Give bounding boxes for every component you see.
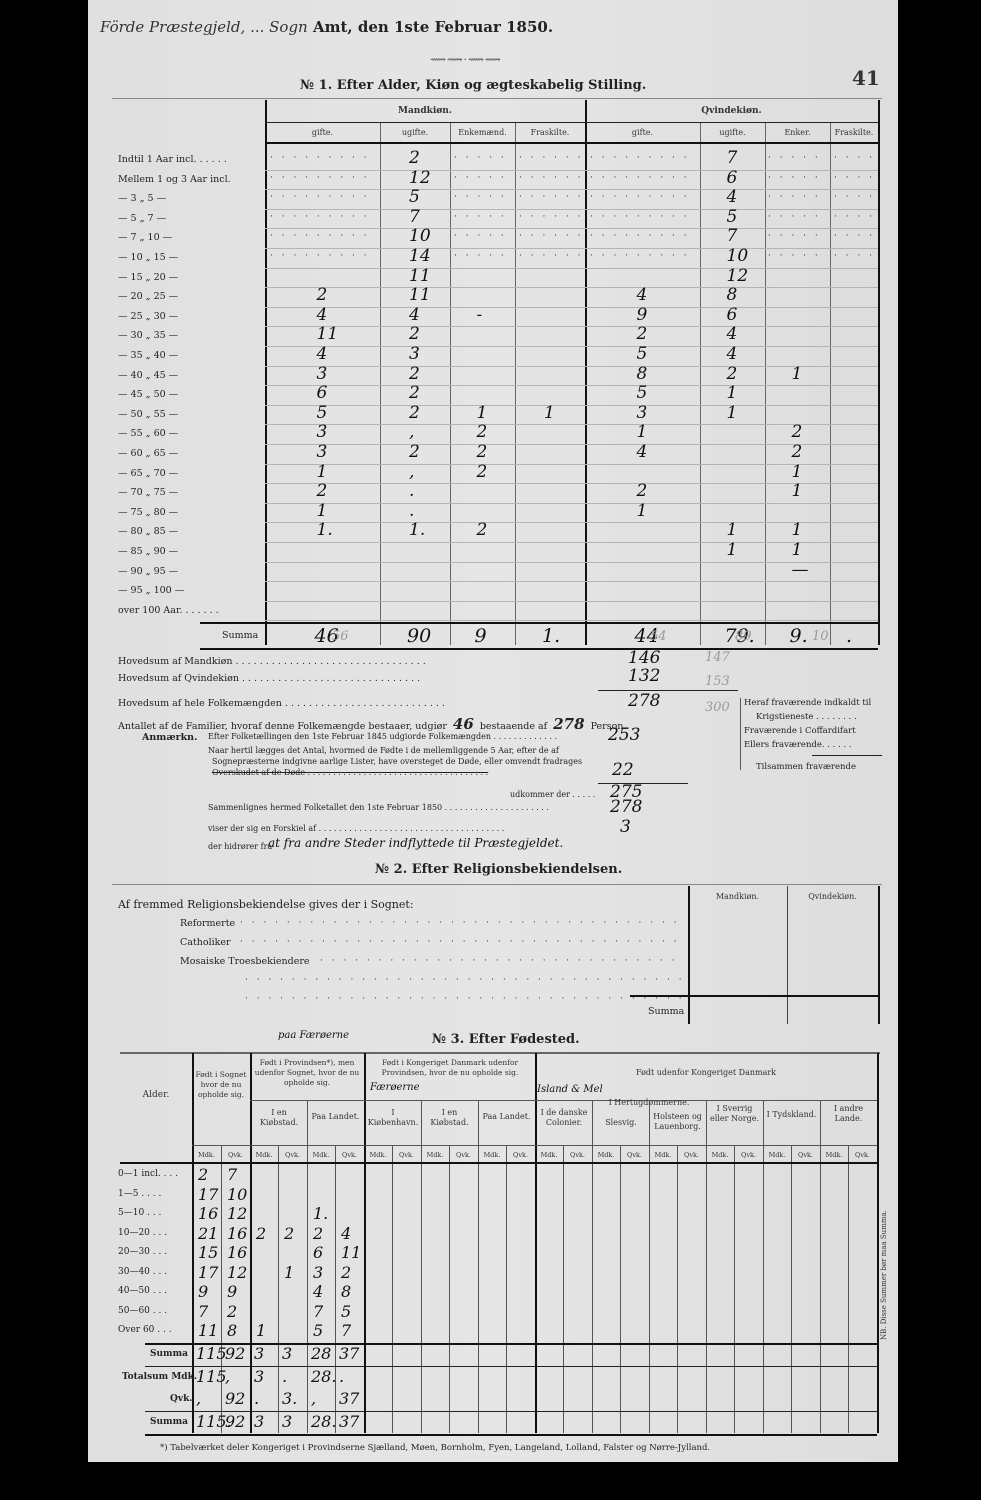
row-line [265,424,878,425]
dotted-placeholder: · · · · · · · · · · · [834,231,876,241]
header-mandkion: Mandkiøn. [688,892,787,902]
faint-margin-sum: 54 [650,629,667,644]
dotted-placeholder: · · · · · · · · · · · [834,251,876,261]
handwritten-entry: 2 [317,481,328,501]
age-label: over 100 Aar. . . . . . . [118,605,219,616]
compare-label: Sammenlignes hermed Folketallet den 1ste… [208,803,549,812]
ornament-divider: ⟿⟿·⟿⟿ [430,53,502,66]
handwritten-entry: 4 [727,344,738,364]
anmerkn-line: Sognepræsterne indgivne aarlige Lister, … [212,757,582,766]
handwritten-entry: 11 [317,324,339,344]
dotted-placeholder: · · · · · · · · · · · · · · · · · · · · … [245,994,685,1004]
mdk-qvk-header: Qvk. [221,1150,250,1160]
row-line [265,581,878,582]
summary-label: Summa [150,1349,188,1359]
dotted-placeholder: · · · · · · [519,251,581,261]
handwritten-entry: 2 [256,1224,266,1243]
handwritten-entry: 1 [544,403,555,423]
handwritten-entry: 17 [198,1263,218,1282]
row-line [265,542,878,543]
handwritten-entry: 1 [637,501,648,521]
families-prefix: Antallet af de Familier, hvoraf denne Fo… [118,721,447,732]
handwritten-entry: 7 [727,148,738,168]
dotted-placeholder: · · · · · · · · · · · [270,212,370,222]
summary-value: 3 [254,1412,264,1431]
mdk-qvk-header: Mdk. [250,1150,278,1160]
faint-margin-sum: 10 [812,629,829,644]
mdk-qvk-header: Mdk. [535,1150,563,1160]
dotted-placeholder: · · · · · · [454,192,512,202]
column-line [506,1145,507,1433]
summary-value: 3 [254,1344,264,1363]
summary-value: 92 [225,1344,245,1363]
col-born-parish: Født i Sognet hvor de nu opholde sig. [193,1070,249,1100]
bottom-scan-border [0,1462,981,1500]
dotted-placeholder: · · · · · · · · · · · [768,231,826,241]
dotted-placeholder: · · · · · · [454,212,512,222]
handwritten-entry: , [409,462,414,482]
dotted-placeholder: · · · · · · · · · · · [834,173,876,183]
sub-holsten: Holsteen og Lauenborg. [650,1112,705,1132]
header-mandkion: Mandkiøn. [265,106,585,116]
dotted-placeholder: · · · · · · · · · · · [590,251,690,261]
summary-value: 3 [282,1344,292,1363]
summa-line [630,995,880,997]
sub-slesvig: Slesvig. [593,1118,649,1128]
age-label: — 90 „ 95 — [118,566,178,577]
col-header: ugifte. [380,128,450,138]
dotted-placeholder: · · · · · · · · · · · [590,212,690,222]
handwritten-entry: 4 [409,305,420,325]
handwritten-entry: 10 [409,226,431,246]
faint-note: 147 [705,650,730,665]
col-header: ugifte. [700,128,765,138]
summary-value: , [196,1389,201,1408]
age-label: — 10 „ 15 — [118,252,178,263]
dotted-placeholder: · · · · · · [454,173,512,183]
handwritten-entry: 11 [409,285,431,305]
dotted-placeholder: · · · · · · [454,231,512,241]
mdk-qvk-header: Mdk. [649,1150,677,1160]
handwritten-entry: 3 [409,344,420,364]
dotted-placeholder: · · · · · · · · · · · [768,192,826,202]
sub-landet: Paa Landet. [308,1112,363,1122]
summary-value: 92 [225,1412,245,1431]
handwritten-entry: 2 [792,422,803,442]
absent-sum-line [812,755,882,756]
handwritten-entry: 5 [341,1302,351,1321]
col-header: Enker. [765,128,830,138]
handwritten-entry: 1. [313,1204,328,1223]
summary-value: 28 [311,1344,331,1363]
dotted-placeholder: · · · · · · · · · · · [768,153,826,163]
age-label: — 35 „ 40 — [118,350,178,361]
male-total-value: 146 [628,648,660,668]
age-label: — 85 „ 90 — [118,546,178,557]
column-line [221,1145,222,1433]
udkommer-label: udkommer der . . . . . [510,790,595,799]
sub-kiobstad: I en Kiøbstad. [252,1108,306,1128]
handwritten-entry: 12 [727,266,749,286]
handwritten-entry: 2 [477,462,488,482]
col-born-province: Født i Provindsen*), men udenfor Sognet,… [252,1058,362,1088]
row-line [265,228,878,229]
handwritten-entry: 1 [727,540,738,560]
female-total-label: Hovedsum af Qvindekiøn . . . . . . . . .… [118,673,420,684]
handwritten-entry: 6 [727,305,738,325]
row-line [265,287,878,288]
sub-sweden: I Sverrig eller Norge. [707,1104,762,1124]
row-line [265,366,878,367]
mdk-qvk-header: Mdk. [364,1150,392,1160]
religion-item: Catholiker [180,937,231,948]
age-label: Over 60 . . . [118,1325,172,1335]
handwritten-entry: 16 [198,1204,218,1223]
dotted-placeholder: · · · · · · · · · · · [270,173,370,183]
summary-value: . [339,1367,344,1386]
handwritten-entry: 12 [227,1263,247,1282]
age-label: — 3 „ 5 — [118,193,166,204]
dotted-placeholder: · · · · · · · · · · · [834,192,876,202]
row-line [265,248,878,249]
handwritten-entry: 7 [198,1302,208,1321]
absent-divider [740,698,741,770]
mdk-qvk-header: Mdk. [820,1150,848,1160]
age-label: — 20 „ 25 — [118,291,178,302]
handwritten-entry: 9 [198,1282,208,1301]
dotted-placeholder: · · · · · · · · · · · [768,173,826,183]
handwritten-entry: 3 [317,364,328,384]
handwritten-entry: 2 [637,324,648,344]
mdk-qvk-header: Qvk. [392,1150,421,1160]
mdk-qvk-header: Mdk. [307,1150,335,1160]
column-line [791,1145,792,1433]
divider [112,98,882,99]
side-note: NB. Disse Summer bør maa Summa. [880,1210,889,1340]
handwritten-entry: 4 [317,344,328,364]
table3-title: № 3. Efter Fødested. [432,1032,580,1047]
column-line [307,1145,308,1433]
handwritten-entry: 2 [284,1224,294,1243]
handwritten-entry: 16 [227,1243,247,1262]
column-line [449,1145,450,1433]
handwritten-entry: - [477,305,483,325]
dotted-placeholder: · · · · · · · · · · · [590,231,690,241]
mdk-qvk-header: Mdk. [706,1150,734,1160]
diff-value: 3 [620,817,631,837]
handwritten-entry: 5 [409,187,420,207]
age-label: — 50 „ 55 — [118,409,178,420]
sub-landet: Paa Landet. [479,1112,534,1122]
dotted-placeholder: · · · · · · · · · · · [768,212,826,222]
handwritten-entry: 1 [792,520,803,540]
row-line [265,601,878,602]
handwritten-entry: 2 [792,442,803,462]
handwritten-entry: 1. [317,520,333,540]
handwritten-entry: 7 [727,226,738,246]
handwritten-entry: 1 [317,462,328,482]
summary-value: 37 [339,1412,359,1431]
row-line [265,522,878,523]
handwritten-entry: 1 [792,462,803,482]
summary-label: Summa [150,1417,188,1427]
header-qvindekion: Qvindekiøn. [787,892,878,902]
column-line [563,1145,564,1433]
summary-value: 3 [254,1367,264,1386]
handwritten-entry: 4 [637,285,648,305]
all-total-label: Hovedsum af hele Folkemængden . . . . . … [118,698,445,709]
age-label: — 30 „ 35 — [118,330,178,341]
anmerkn-line: Efter Folketællingen den 1ste Februar 18… [208,732,557,741]
footnote: *) Tabelværket deler Kongeriget i Provin… [160,1443,710,1453]
handwritten-entry: 4 [637,442,648,462]
printed-date: Amt, den 1ste Februar 1850. [313,18,553,36]
row-line [265,620,878,621]
col-header: gifte. [265,128,380,138]
dotted-placeholder: · · · · · · · · · · · · · · · · · · · · … [320,956,680,966]
table2-border [878,886,880,1024]
handwritten-entry: 11 [409,266,431,286]
age-label: 0—1 incl. . . . [118,1169,178,1179]
age-label: — 7 „ 10 — [118,232,172,243]
compare-value: 278 [610,797,642,817]
mdk-qvk-header: Qvk. [335,1150,364,1160]
row-line [265,483,878,484]
sub-kbh: I Kiøbenhavn. [366,1108,420,1128]
table2-title: № 2. Efter Religionsbekiendelsen. [375,862,622,877]
summa-label: Summa [222,630,258,641]
handwritten-entry: 2 [637,481,648,501]
handwritten-entry: 2 [409,364,420,384]
age-label: — 95 „ 100 — [118,585,184,596]
mdk-qvk-header: Qvk. [791,1150,820,1160]
handwritten-entry: 3 [313,1263,323,1282]
handwritten-entry: 2 [727,364,738,384]
handwritten-entry: 1 [477,403,488,423]
summa-line [200,648,878,650]
summary-value: 28. [311,1412,336,1431]
summary-value: . [282,1367,287,1386]
mdk-qvk-header: Mdk. [592,1150,620,1160]
table1-border [878,100,880,645]
reason-label: der hidrører fra [208,842,272,851]
handwritten-entry: 2 [477,422,488,442]
absent-line: Fraværende i Coffardifart [744,726,856,736]
religion-item: Reformerte [180,918,235,929]
handwritten-entry: 5 [637,344,648,364]
handwritten-entry: 4 [727,324,738,344]
dotted-placeholder: · · · · · · · · · · · [834,212,876,222]
column-line [677,1145,678,1433]
mdk-qvk-header: Mdk. [192,1150,221,1160]
handwritten-entry: 1 [792,481,803,501]
reason-handwritten: at fra andre Steder indflyttede til Præs… [268,836,563,850]
handwritten-entry: 4 [313,1282,323,1301]
age-label: Indtil 1 Aar incl. . . . . . [118,154,227,165]
handwritten-entry: 2 [409,442,420,462]
religion-item: Mosaiske Troesbekiendere [180,956,310,967]
handwritten-entry: . [409,501,414,521]
mdk-qvk-header: Qvk. [278,1150,307,1160]
handwritten-entry: 21 [198,1224,218,1243]
sub-duchies: I Hertugdømmerne. [593,1098,705,1108]
column-line [278,1145,279,1433]
all-total-value: 278 [628,691,660,711]
mdk-qvk-header: Qvk. [563,1150,592,1160]
handwritten-entry: 8 [637,364,648,384]
handwritten-entry: 7 [341,1321,351,1340]
column-line [765,122,766,645]
handwritten-entry: 5 [313,1321,323,1340]
absent-line: Ellers fraværende. . . . . . [744,740,852,750]
header-line [192,1145,877,1146]
age-label: — 45 „ 50 — [118,389,178,400]
column-line [763,1145,764,1433]
handwritten-entry: . [409,481,414,501]
dotted-placeholder: · · · · · · · · · · · [590,173,690,183]
age-label: — 40 „ 45 — [118,370,178,381]
absent-line: Heraf fraværende indkaldt til [744,698,871,708]
handwritten-entry: 7 [227,1165,237,1184]
column-line [706,1145,707,1433]
sub-kiobstad: I en Kiøbstad. [422,1108,477,1128]
handwritten-entry: 1 [727,403,738,423]
sub-germany: I Tydskland. [764,1110,819,1120]
col-header: gifte. [585,128,700,138]
column-line [787,886,788,1024]
diff-label: viser der sig en Forskiel af . . . . . .… [208,824,504,833]
handwritten-entry: 2 [341,1263,351,1282]
summary-value: , [225,1367,230,1386]
age-label: — 80 „ 85 — [118,526,178,537]
row-line [265,209,878,210]
handwritten-entry: 3 [317,442,328,462]
faint-note: 300 [705,700,730,715]
dotted-placeholder: · · · · · · [454,251,512,261]
summary-value: 115 [196,1367,227,1386]
age-label: 30—40 . . . [118,1267,167,1277]
summary-value: 3 [282,1412,292,1431]
mdk-qvk-header: Qvk. [449,1150,478,1160]
handwritten-entry: 5 [637,383,648,403]
handwritten-entry: 4 [727,187,738,207]
age-label: — 65 „ 70 — [118,468,178,479]
column-line [421,1145,422,1433]
religion-intro: Af fremmed Religionsbekiendelse gives de… [118,898,414,911]
summary-value: . [254,1389,259,1408]
absent-line: Krigstieneste . . . . . . . . [756,712,857,722]
handwritten-entry: 1 [256,1321,266,1340]
col-alder: Alder. [120,1090,192,1100]
table3-bottom-line [145,1434,877,1436]
dotted-placeholder: · · · · · · · · · · · [270,251,370,261]
absent-total: Tilsammen fraværende [756,762,856,772]
column-line [700,122,701,645]
row-line [265,464,878,465]
dotted-placeholder: · · · · · · [519,212,581,222]
handwritten-entry: 8 [227,1321,237,1340]
mdk-qvk-header: Mdk. [763,1150,791,1160]
subgroup-line [763,1100,764,1145]
faint-margin-sum: 56 [332,629,349,644]
anmerkn-value: 253 [608,725,640,745]
column-line [478,1145,479,1433]
dotted-placeholder: · · · · · · [519,192,581,202]
dotted-placeholder: · · · · · · [519,231,581,241]
age-label: 5—10 . . . [118,1208,161,1218]
families-line: Antallet af de Familier, hvoraf denne Fo… [118,715,626,733]
summary-label: Qvk. [170,1394,192,1404]
handwritten-entry: 5 [317,403,328,423]
row-line [265,326,878,327]
summa-value: 90 [407,625,431,647]
handwritten-entry: 5 [727,207,738,227]
summary-value: 92 [225,1389,245,1408]
age-label: — 70 „ 75 — [118,487,178,498]
anmerkn-line-struck: Overskudet af de Døde . . . . . . . . . … [212,768,488,777]
handwritten-entry: 2 [409,324,420,344]
handwritten-entry: 2 [317,285,328,305]
handwritten-place: Förde Præstegjeld, ... Sogn [100,18,308,36]
summary-value: 37 [339,1389,359,1408]
age-label: — 15 „ 20 — [118,272,178,283]
anmerkn-value: 22 [612,760,634,780]
handwritten-entry: 14 [409,246,431,266]
col-outside-dk: Født udenfor Kongeriget Danmark [536,1068,876,1078]
handwritten-entry: 1 [727,383,738,403]
age-label: 40—50 . . . [118,1286,167,1296]
row-line [265,307,878,308]
summary-value: 28. [311,1367,336,1386]
handwritten-entry: 12 [227,1204,247,1223]
header-line [265,142,878,144]
column-line [848,1145,849,1433]
dotted-placeholder: · · · · · · [454,153,512,163]
row-line [265,444,878,445]
correction-faeroerne: Færøerne [370,1082,420,1093]
page-header: Förde Præstegjeld, ... Sogn Amt, den 1st… [100,18,890,36]
faint-margin-sum: 89 [735,629,752,644]
age-label: — 5 „ 7 — [118,213,166,224]
handwritten-entry: 2 [477,520,488,540]
handwritten-entry: 12 [409,168,431,188]
handwritten-entry: 1 [284,1263,294,1282]
male-total-label: Hovedsum af Mandkiøn . . . . . . . . . .… [118,656,426,667]
handwritten-entry: 17 [198,1185,218,1204]
dotted-placeholder: · · · · · · · · · · · · · · · · · · · · … [240,937,680,947]
col-born-dk: Født i Kongeriget Danmark udenfor Provin… [366,1058,534,1078]
row-line [265,385,878,386]
handwritten-entry: 10 [727,246,749,266]
handwritten-entry: 2 [409,403,420,423]
handwritten-entry: , [409,422,414,442]
handwritten-entry: 2 [477,442,488,462]
handwritten-entry: 2 [227,1302,237,1321]
age-label: — 55 „ 60 — [118,428,178,439]
table2-border [688,886,690,1024]
sub-colonies: I de danske Colonier. [536,1108,592,1128]
handwritten-entry: 7 [409,207,420,227]
dotted-placeholder: · · · · · · · · · · · [270,192,370,202]
handwritten-entry: 2 [313,1224,323,1243]
summa-label: Summa [648,1006,684,1017]
handwritten-entry: — [792,560,809,580]
column-line [734,1145,735,1433]
subgroup-line [478,1100,479,1145]
age-label: — 25 „ 30 — [118,311,178,322]
age-label: — 60 „ 65 — [118,448,178,459]
col-header: Enkemænd. [450,128,515,138]
